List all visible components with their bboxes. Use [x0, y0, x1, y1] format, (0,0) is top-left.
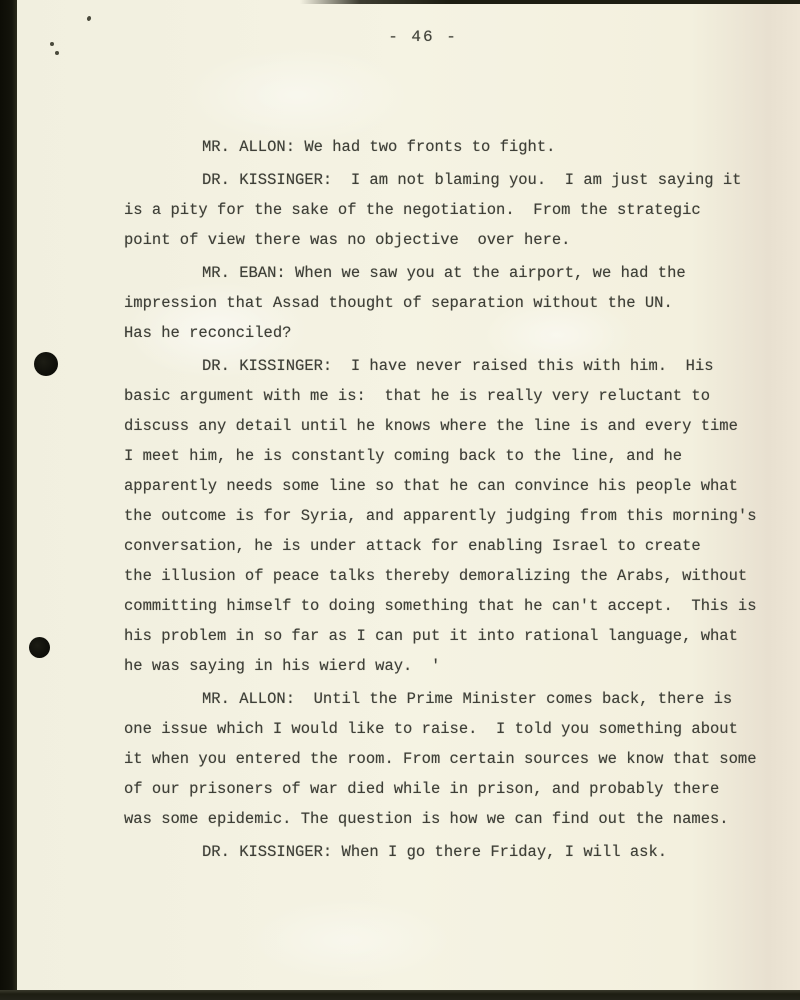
transcript-line: was some epidemic. The question is how w…	[124, 804, 784, 834]
hole-punch-top	[34, 352, 58, 376]
transcript-line: apparently needs some line so that he ca…	[124, 471, 784, 501]
ink-speckle	[50, 42, 54, 46]
scan-border-top	[300, 0, 800, 4]
transcript-line: the illusion of peace talks thereby demo…	[124, 561, 784, 591]
transcript-paragraph: MR. ALLON: We had two fronts to fight.	[124, 132, 784, 162]
scanned-document-page: - 46 - MR. ALLON: We had two fronts to f…	[0, 0, 800, 1000]
transcript-paragraph: DR. KISSINGER: I have never raised this …	[124, 351, 784, 681]
transcript-line: point of view there was no objective ove…	[124, 225, 784, 255]
ink-speckle	[55, 51, 59, 55]
hole-punch-bottom	[29, 637, 50, 658]
transcript-line: DR. KISSINGER: When I go there Friday, I…	[124, 837, 784, 867]
transcript-line: his problem in so far as I can put it in…	[124, 621, 784, 651]
transcript-line: discuss any detail until he knows where …	[124, 411, 784, 441]
transcript-paragraph: DR. KISSINGER: When I go there Friday, I…	[124, 837, 784, 867]
transcript-paragraph: MR. ALLON: Until the Prime Minister come…	[124, 684, 784, 834]
transcript-line: the outcome is for Syria, and apparently…	[124, 501, 784, 531]
scan-border-left	[0, 0, 17, 1000]
transcript-text: MR. ALLON: We had two fronts to fight.DR…	[124, 132, 784, 870]
transcript-line: DR. KISSINGER: I am not blaming you. I a…	[124, 165, 784, 195]
transcript-paragraph: DR. KISSINGER: I am not blaming you. I a…	[124, 165, 784, 255]
transcript-line: MR. ALLON: We had two fronts to fight.	[124, 132, 784, 162]
transcript-line: committing himself to doing something th…	[124, 591, 784, 621]
transcript-line: of our prisoners of war died while in pr…	[124, 774, 784, 804]
transcript-line: MR. EBAN: When we saw you at the airport…	[124, 258, 784, 288]
transcript-paragraph: MR. EBAN: When we saw you at the airport…	[124, 258, 784, 348]
transcript-line: one issue which I would like to raise. I…	[124, 714, 784, 744]
transcript-line: it when you entered the room. From certa…	[124, 744, 784, 774]
transcript-line: is a pity for the sake of the negotiatio…	[124, 195, 784, 225]
scan-border-bottom	[0, 990, 800, 1000]
transcript-line: I meet him, he is constantly coming back…	[124, 441, 784, 471]
transcript-line: impression that Assad thought of separat…	[124, 288, 784, 318]
transcript-line: MR. ALLON: Until the Prime Minister come…	[124, 684, 784, 714]
transcript-line: basic argument with me is: that he is re…	[124, 381, 784, 411]
paper-sheet: - 46 - MR. ALLON: We had two fronts to f…	[17, 0, 800, 990]
transcript-line: Has he reconciled?	[124, 318, 784, 348]
transcript-line: he was saying in his wierd way. '	[124, 651, 784, 681]
transcript-line: conversation, he is under attack for ena…	[124, 531, 784, 561]
transcript-line: DR. KISSINGER: I have never raised this …	[124, 351, 784, 381]
page-number: - 46 -	[29, 28, 800, 46]
